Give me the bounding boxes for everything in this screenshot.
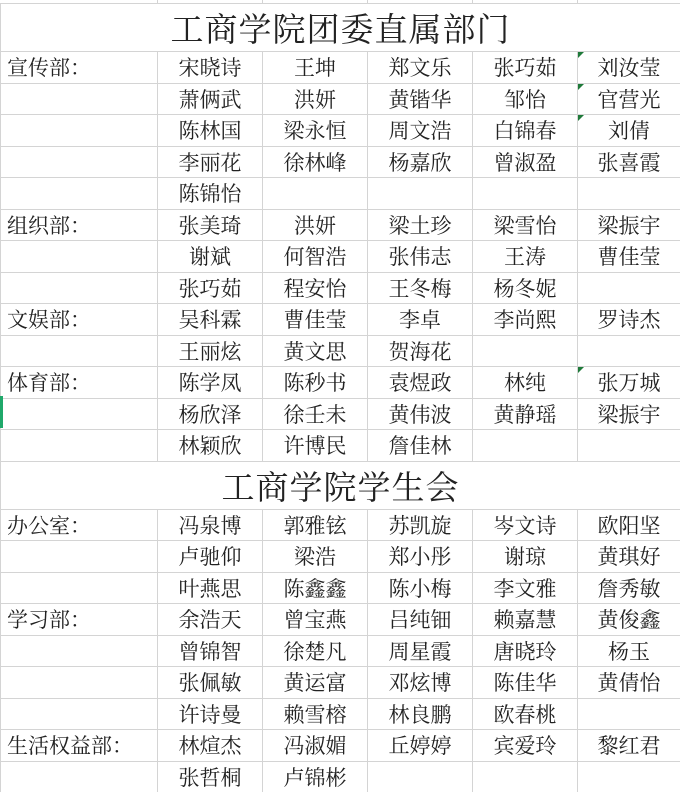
empty-cell[interactable] — [473, 178, 578, 210]
member-name-cell[interactable]: 徐楚凡 — [263, 635, 368, 667]
empty-cell[interactable] — [263, 178, 368, 210]
member-name-cell[interactable]: 郭雅铉 — [263, 509, 368, 541]
empty-cell[interactable] — [1, 572, 158, 604]
empty-cell[interactable] — [578, 335, 680, 367]
member-name-cell[interactable]: 陈秒书 — [263, 367, 368, 399]
empty-cell[interactable] — [1, 241, 158, 273]
table-row: 卢驰仰梁浩郑小彤谢琼黄琪好 — [1, 541, 680, 573]
member-name-cell[interactable]: 曾锦智 — [158, 635, 263, 667]
member-name-cell[interactable]: 王冬梅 — [368, 272, 473, 304]
table-row: 李丽花徐林峰杨嘉欣曾淑盈张喜霞 — [1, 146, 680, 178]
member-name-cell[interactable]: 余浩天 — [158, 604, 263, 636]
empty-cell[interactable] — [578, 430, 680, 462]
table-row: 陈林国梁永恒周文浩白锦春刘倩 — [1, 115, 680, 147]
table-row: 杨欣泽徐壬未黄伟波黄静瑶梁振宇 — [1, 398, 680, 430]
member-name-cell[interactable]: 冯淑媚 — [263, 730, 368, 762]
member-name-cell[interactable]: 吴科霖 — [158, 304, 263, 336]
member-name-cell[interactable]: 杨嘉欣 — [368, 146, 473, 178]
member-name-cell[interactable]: 欧春桃 — [473, 698, 578, 730]
empty-cell[interactable] — [578, 178, 680, 210]
member-name-cell[interactable]: 许博民 — [263, 430, 368, 462]
member-name-cell[interactable]: 许诗曼 — [158, 698, 263, 730]
member-name-cell[interactable]: 张哲桐 — [158, 761, 263, 792]
spreadsheet: 工商学院团委直属部门宣传部：宋晓诗王坤郑文乐张巧茹刘汝莹萧俩武洪妍黄锴华邹怡官营… — [0, 3, 680, 792]
member-name-cell[interactable]: 林颖欣 — [158, 430, 263, 462]
member-name-cell[interactable]: 梁土珍 — [368, 209, 473, 241]
member-name-cell[interactable]: 张美琦 — [158, 209, 263, 241]
member-name-cell[interactable]: 曹佳莹 — [263, 304, 368, 336]
member-name-cell[interactable]: 詹秀敏 — [578, 572, 680, 604]
empty-cell[interactable] — [1, 115, 158, 147]
member-name-cell[interactable]: 曹佳莹 — [578, 241, 680, 273]
table-row: 组织部：张美琦洪妍梁土珍梁雪怡梁振宇 — [1, 209, 680, 241]
member-name-cell[interactable]: 邹怡 — [473, 83, 578, 115]
department-label-cell[interactable]: 学习部： — [1, 604, 158, 636]
member-name-cell[interactable]: 李卓 — [368, 304, 473, 336]
member-name-cell[interactable]: 张伟志 — [368, 241, 473, 273]
member-name-cell[interactable]: 刘倩 — [578, 115, 680, 147]
member-name-cell[interactable]: 谢斌 — [158, 241, 263, 273]
department-label-cell[interactable]: 组织部： — [1, 209, 158, 241]
member-name-cell[interactable]: 杨冬妮 — [473, 272, 578, 304]
member-name-cell[interactable]: 梁振宇 — [578, 398, 680, 430]
table-row: 叶燕思陈鑫鑫陈小梅李文雅詹秀敏 — [1, 572, 680, 604]
member-name-cell[interactable]: 唐晓玲 — [473, 635, 578, 667]
empty-cell[interactable] — [1, 335, 158, 367]
table-row: 张佩敏黄运富邓炫博陈佳华黄倩怡 — [1, 667, 680, 699]
department-label-cell[interactable]: 办公室： — [1, 509, 158, 541]
empty-cell[interactable] — [473, 761, 578, 792]
table-row: 张哲桐卢锦彬 — [1, 761, 680, 792]
member-name-cell[interactable]: 郑小彤 — [368, 541, 473, 573]
table-row: 体育部：陈学凤陈秒书袁煜政林纯张万城 — [1, 367, 680, 399]
member-name-cell[interactable]: 冯泉博 — [158, 509, 263, 541]
member-name-cell[interactable]: 林良鹏 — [368, 698, 473, 730]
member-name-cell[interactable]: 黄文思 — [263, 335, 368, 367]
empty-cell[interactable] — [578, 272, 680, 304]
member-name-cell[interactable]: 赖雪榕 — [263, 698, 368, 730]
department-label-cell[interactable]: 宣传部： — [1, 52, 158, 84]
empty-cell[interactable] — [1, 272, 158, 304]
department-label-cell[interactable]: 文娱部： — [1, 304, 158, 336]
member-name-cell[interactable]: 袁煜政 — [368, 367, 473, 399]
member-name-cell[interactable]: 卢驰仰 — [158, 541, 263, 573]
member-name-cell[interactable]: 黄运富 — [263, 667, 368, 699]
empty-cell[interactable] — [578, 698, 680, 730]
table-row: 曾锦智徐楚凡周星霞唐晓玲杨玉 — [1, 635, 680, 667]
table-row: 陈锦怡 — [1, 178, 680, 210]
member-name-cell[interactable]: 叶燕思 — [158, 572, 263, 604]
section-title[interactable]: 工商学院团委直属部门 — [1, 4, 680, 52]
empty-cell[interactable] — [1, 398, 158, 430]
member-name-cell[interactable]: 欧阳坚 — [578, 509, 680, 541]
member-name-cell[interactable]: 王坤 — [263, 52, 368, 84]
row-selection-indicator — [0, 396, 3, 428]
member-name-cell[interactable]: 梁永恒 — [263, 115, 368, 147]
empty-cell[interactable] — [1, 541, 158, 573]
member-name-cell[interactable]: 陈锦怡 — [158, 178, 263, 210]
member-name-cell[interactable]: 程安怡 — [263, 272, 368, 304]
member-name-cell[interactable]: 李尚熙 — [473, 304, 578, 336]
comment-indicator-icon — [578, 52, 584, 58]
member-name-cell[interactable]: 梁雪怡 — [473, 209, 578, 241]
member-name-cell[interactable]: 洪妍 — [263, 209, 368, 241]
empty-cell[interactable] — [1, 667, 158, 699]
member-name-cell[interactable]: 黄伟波 — [368, 398, 473, 430]
department-label-cell[interactable]: 体育部： — [1, 367, 158, 399]
table-row: 林颖欣许博民詹佳林 — [1, 430, 680, 462]
member-name-cell[interactable]: 郑文乐 — [368, 52, 473, 84]
member-name-cell[interactable]: 黄琪好 — [578, 541, 680, 573]
member-name-cell[interactable]: 张巧茹 — [473, 52, 578, 84]
table-row: 办公室：冯泉博郭雅铉苏凯旋岑文诗欧阳坚 — [1, 509, 680, 541]
comment-indicator-icon — [578, 84, 584, 90]
member-name-cell[interactable]: 黄静瑶 — [473, 398, 578, 430]
member-name-cell[interactable]: 谢琼 — [473, 541, 578, 573]
member-name-cell[interactable]: 周星霞 — [368, 635, 473, 667]
empty-cell[interactable] — [1, 178, 158, 210]
member-name-cell[interactable]: 梁浩 — [263, 541, 368, 573]
member-name-cell[interactable]: 张万城 — [578, 367, 680, 399]
empty-cell[interactable] — [1, 698, 158, 730]
empty-cell[interactable] — [473, 430, 578, 462]
table-row: 王丽炫黄文思贺海花 — [1, 335, 680, 367]
empty-cell[interactable] — [368, 178, 473, 210]
member-name-cell[interactable]: 丘婷婷 — [368, 730, 473, 762]
member-name-cell[interactable]: 官营光 — [578, 83, 680, 115]
member-name-cell[interactable]: 王涛 — [473, 241, 578, 273]
member-name-cell[interactable]: 梁振宇 — [578, 209, 680, 241]
member-name-cell[interactable]: 张喜霞 — [578, 146, 680, 178]
member-name-cell[interactable]: 李文雅 — [473, 572, 578, 604]
member-name-cell[interactable]: 林纯 — [473, 367, 578, 399]
member-name-cell[interactable]: 黄俊鑫 — [578, 604, 680, 636]
table-row: 文娱部：吴科霖曹佳莹李卓李尚熙罗诗杰 — [1, 304, 680, 336]
member-name-cell[interactable]: 卢锦彬 — [263, 761, 368, 792]
table-row: 萧俩武洪妍黄锴华邹怡官营光 — [1, 83, 680, 115]
empty-cell[interactable] — [473, 335, 578, 367]
member-name-cell[interactable]: 宾爱玲 — [473, 730, 578, 762]
member-name-cell[interactable]: 吕纯钿 — [368, 604, 473, 636]
member-name-cell[interactable]: 刘汝莹 — [578, 52, 680, 84]
member-name-cell[interactable]: 罗诗杰 — [578, 304, 680, 336]
empty-cell[interactable] — [1, 146, 158, 178]
member-name-cell[interactable]: 曾宝燕 — [263, 604, 368, 636]
section-title[interactable]: 工商学院学生会 — [1, 461, 680, 509]
department-label-cell[interactable]: 生活权益部： — [1, 730, 158, 762]
member-table: 工商学院团委直属部门宣传部：宋晓诗王坤郑文乐张巧茹刘汝莹萧俩武洪妍黄锴华邹怡官营… — [0, 3, 680, 792]
member-name-cell[interactable]: 陈鑫鑫 — [263, 572, 368, 604]
member-name-cell[interactable]: 萧俩武 — [158, 83, 263, 115]
member-name-cell[interactable]: 王丽炫 — [158, 335, 263, 367]
empty-cell[interactable] — [1, 430, 158, 462]
member-name-cell[interactable]: 岑文诗 — [473, 509, 578, 541]
member-name-cell[interactable]: 张佩敏 — [158, 667, 263, 699]
member-name-cell[interactable]: 宋晓诗 — [158, 52, 263, 84]
member-name-cell[interactable]: 徐壬未 — [263, 398, 368, 430]
member-name-cell[interactable]: 周文浩 — [368, 115, 473, 147]
member-name-cell[interactable]: 詹佳林 — [368, 430, 473, 462]
member-name-cell[interactable]: 白锦春 — [473, 115, 578, 147]
member-name-cell[interactable]: 陈佳华 — [473, 667, 578, 699]
member-name-cell[interactable]: 黎红君 — [578, 730, 680, 762]
member-name-cell[interactable]: 张巧茹 — [158, 272, 263, 304]
table-row: 宣传部：宋晓诗王坤郑文乐张巧茹刘汝莹 — [1, 52, 680, 84]
member-name-cell[interactable]: 陈小梅 — [368, 572, 473, 604]
empty-cell[interactable] — [1, 635, 158, 667]
member-name-cell[interactable]: 杨欣泽 — [158, 398, 263, 430]
member-name-cell[interactable]: 洪妍 — [263, 83, 368, 115]
member-name-cell[interactable]: 林煊杰 — [158, 730, 263, 762]
member-name-cell[interactable]: 陈学凤 — [158, 367, 263, 399]
member-name-cell[interactable]: 赖嘉慧 — [473, 604, 578, 636]
table-row: 学习部：余浩天曾宝燕吕纯钿赖嘉慧黄俊鑫 — [1, 604, 680, 636]
member-name-cell[interactable]: 邓炫博 — [368, 667, 473, 699]
member-name-cell[interactable]: 贺海花 — [368, 335, 473, 367]
section-title-row: 工商学院团委直属部门 — [1, 4, 680, 52]
member-name-cell[interactable]: 徐林峰 — [263, 146, 368, 178]
empty-cell[interactable] — [578, 761, 680, 792]
member-name-cell[interactable]: 曾淑盈 — [473, 146, 578, 178]
empty-cell[interactable] — [368, 761, 473, 792]
member-name-cell[interactable]: 苏凯旋 — [368, 509, 473, 541]
member-name-cell[interactable]: 杨玉 — [578, 635, 680, 667]
member-name-cell[interactable]: 黄倩怡 — [578, 667, 680, 699]
table-row: 张巧茹程安怡王冬梅杨冬妮 — [1, 272, 680, 304]
comment-indicator-icon — [578, 367, 584, 373]
member-name-cell[interactable]: 黄锴华 — [368, 83, 473, 115]
member-name-cell[interactable]: 李丽花 — [158, 146, 263, 178]
empty-cell[interactable] — [1, 761, 158, 792]
table-row: 许诗曼赖雪榕林良鹏欧春桃 — [1, 698, 680, 730]
comment-indicator-icon — [578, 115, 584, 121]
empty-cell[interactable] — [1, 83, 158, 115]
table-row: 生活权益部：林煊杰冯淑媚丘婷婷宾爱玲黎红君 — [1, 730, 680, 762]
section-title-row: 工商学院学生会 — [1, 461, 680, 509]
member-name-cell[interactable]: 何智浩 — [263, 241, 368, 273]
member-name-cell[interactable]: 陈林国 — [158, 115, 263, 147]
table-row: 谢斌何智浩张伟志王涛曹佳莹 — [1, 241, 680, 273]
